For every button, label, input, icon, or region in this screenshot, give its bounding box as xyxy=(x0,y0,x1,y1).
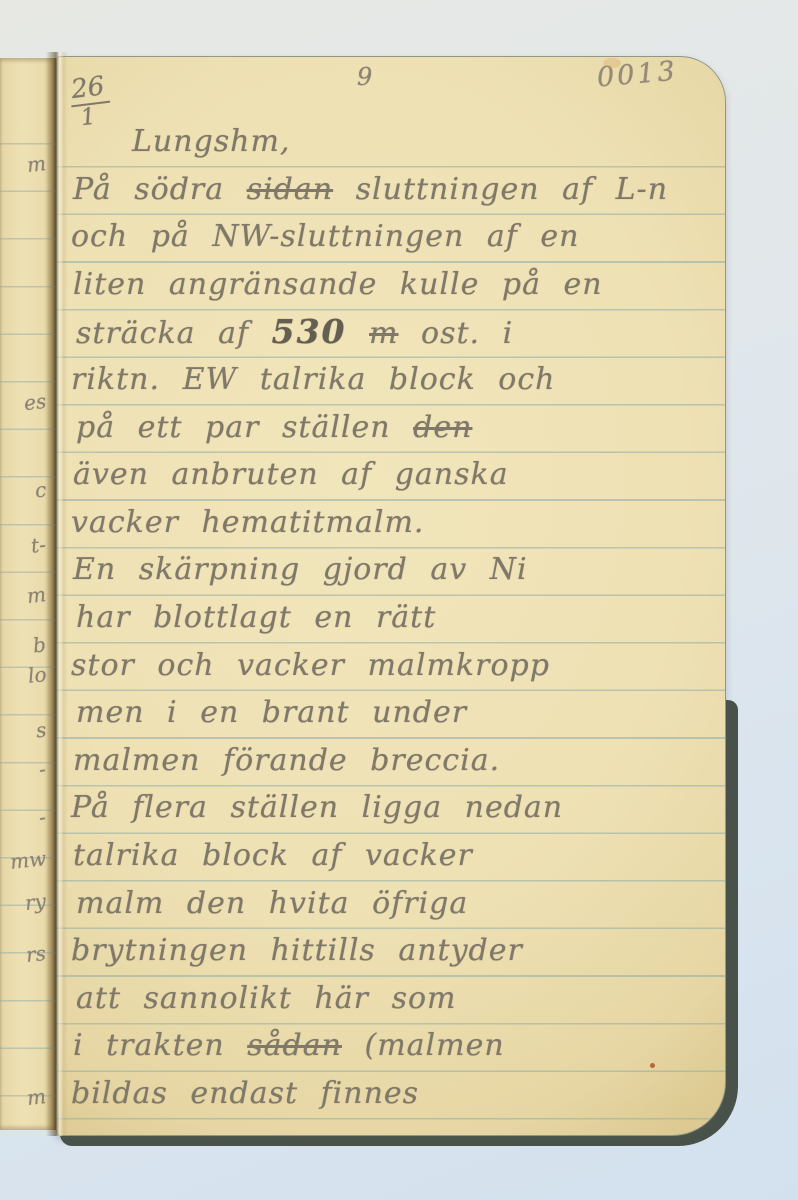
handwritten-text: att sannolikt här som xyxy=(76,981,456,1016)
handwritten-line: Lungshm, xyxy=(76,119,718,167)
handwritten-text: Lungshm, xyxy=(132,124,290,159)
handwriting-fragment: mw xyxy=(9,846,47,874)
handwritten-line: och på NW-sluttningen af en xyxy=(71,214,718,262)
handwritten-text: sträcka af xyxy=(76,316,272,351)
handwritten-line: vacker hematitmalm. xyxy=(71,500,718,548)
handwriting-fragment: lo xyxy=(26,662,47,688)
paper-stain xyxy=(650,1063,655,1068)
handwritten-line: På flera ställen ligga nedan xyxy=(71,785,718,833)
handwritten-line: malm den hvita öfriga xyxy=(76,881,718,929)
handwritten-text: talrika block af vacker xyxy=(73,838,473,873)
handwritten-line: att sannolikt här som xyxy=(76,976,718,1024)
handwritten-text: i trakten xyxy=(73,1028,247,1063)
handwritten-line: riktn. EW talrika block och xyxy=(71,357,718,405)
page-number: 9 xyxy=(357,63,372,91)
handwriting-fragment: m xyxy=(26,582,47,608)
handwritten-text: brytningen hittills antyder xyxy=(71,933,523,968)
handwritten-text: vacker hematitmalm. xyxy=(71,505,424,540)
handwritten-text: har blottlagt en rätt xyxy=(76,600,436,635)
handwritten-line: En skärpning gjord av Ni xyxy=(73,547,718,595)
handwriting-fragment: - xyxy=(38,805,47,830)
handwriting-fragment: s xyxy=(35,718,48,743)
notebook-scan: mesct-mblos--mwryrsm 26 1 9 0013 Lungshm… xyxy=(0,0,798,1200)
handwriting-fragment: rs xyxy=(25,941,47,967)
handwriting-fragment: m xyxy=(26,1084,47,1110)
handwritten-text: även anbruten af ganska xyxy=(73,457,509,492)
handwriting-lines: Lungshm,På södra sidan sluttningen af L-… xyxy=(73,119,718,1118)
handwritten-text: riktn. EW talrika block och xyxy=(71,362,555,397)
handwritten-line: i trakten sådan (malmen xyxy=(73,1023,718,1071)
handwriting-fragment: b xyxy=(32,632,47,657)
handwritten-line: men i en brant under xyxy=(76,690,718,738)
struck-word: m xyxy=(369,316,398,351)
paper-stain xyxy=(603,58,621,68)
struck-word: sådan xyxy=(247,1028,342,1063)
ruled-lines-left-page xyxy=(0,143,56,1124)
handwriting-fragment: - xyxy=(38,757,47,782)
handwritten-text: malm den hvita öfriga xyxy=(76,886,468,921)
handwritten-text: På södra xyxy=(73,172,247,207)
handwriting-fragment: m xyxy=(26,151,47,177)
handwritten-text: sluttningen af L-n xyxy=(333,172,668,207)
handwritten-line: liten angränsande kulle på en xyxy=(73,262,718,310)
handwritten-line: talrika block af vacker xyxy=(73,833,718,881)
handwritten-text xyxy=(347,316,370,351)
handwritten-line: stor och vacker malmkropp xyxy=(71,643,718,691)
handwritten-text: på ett par ställen xyxy=(76,410,413,445)
handwritten-line: har blottlagt en rätt xyxy=(76,595,718,643)
handwritten-text: ost. i xyxy=(399,316,514,351)
handwritten-text: (malmen xyxy=(342,1028,505,1063)
emphasized-number: 530 xyxy=(272,312,347,351)
handwritten-text: stor och vacker malmkropp xyxy=(71,648,550,683)
struck-word: den xyxy=(413,410,472,445)
handwriting-fragment: t- xyxy=(30,532,47,557)
handwritten-line: brytningen hittills antyder xyxy=(71,928,718,976)
handwritten-text: men i en brant under xyxy=(76,695,467,730)
date-day: 26 xyxy=(68,73,110,108)
handwritten-text: På flera ställen ligga nedan xyxy=(71,790,563,825)
handwritten-line: på ett par ställen den xyxy=(76,405,718,453)
handwritten-text: malmen förande breccia. xyxy=(73,743,500,778)
handwriting-fragment: es xyxy=(23,389,47,415)
handwritten-text: bildas endast finnes xyxy=(71,1076,419,1111)
handwritten-line: sträcka af 530 m ost. i xyxy=(76,309,718,357)
handwritten-line: även anbruten af ganska xyxy=(73,452,718,500)
previous-page-edge: mesct-mblos--mwryrsm xyxy=(0,58,56,1130)
handwritten-line: bildas endast finnes xyxy=(71,1071,718,1119)
handwritten-line: malmen förande breccia. xyxy=(73,738,718,786)
handwritten-text: och på NW-sluttningen af en xyxy=(71,219,579,254)
handwritten-line: På södra sidan sluttningen af L-n xyxy=(73,167,718,215)
handwritten-text: En skärpning gjord av Ni xyxy=(73,552,528,587)
handwriting-fragment: ry xyxy=(24,889,47,915)
struck-word: sidan xyxy=(247,172,333,207)
handwritten-text: liten angränsande kulle på en xyxy=(73,267,603,302)
notebook-page: 26 1 9 0013 Lungshm,På södra sidan slutt… xyxy=(56,56,726,1136)
handwriting-fragment: c xyxy=(34,477,48,502)
